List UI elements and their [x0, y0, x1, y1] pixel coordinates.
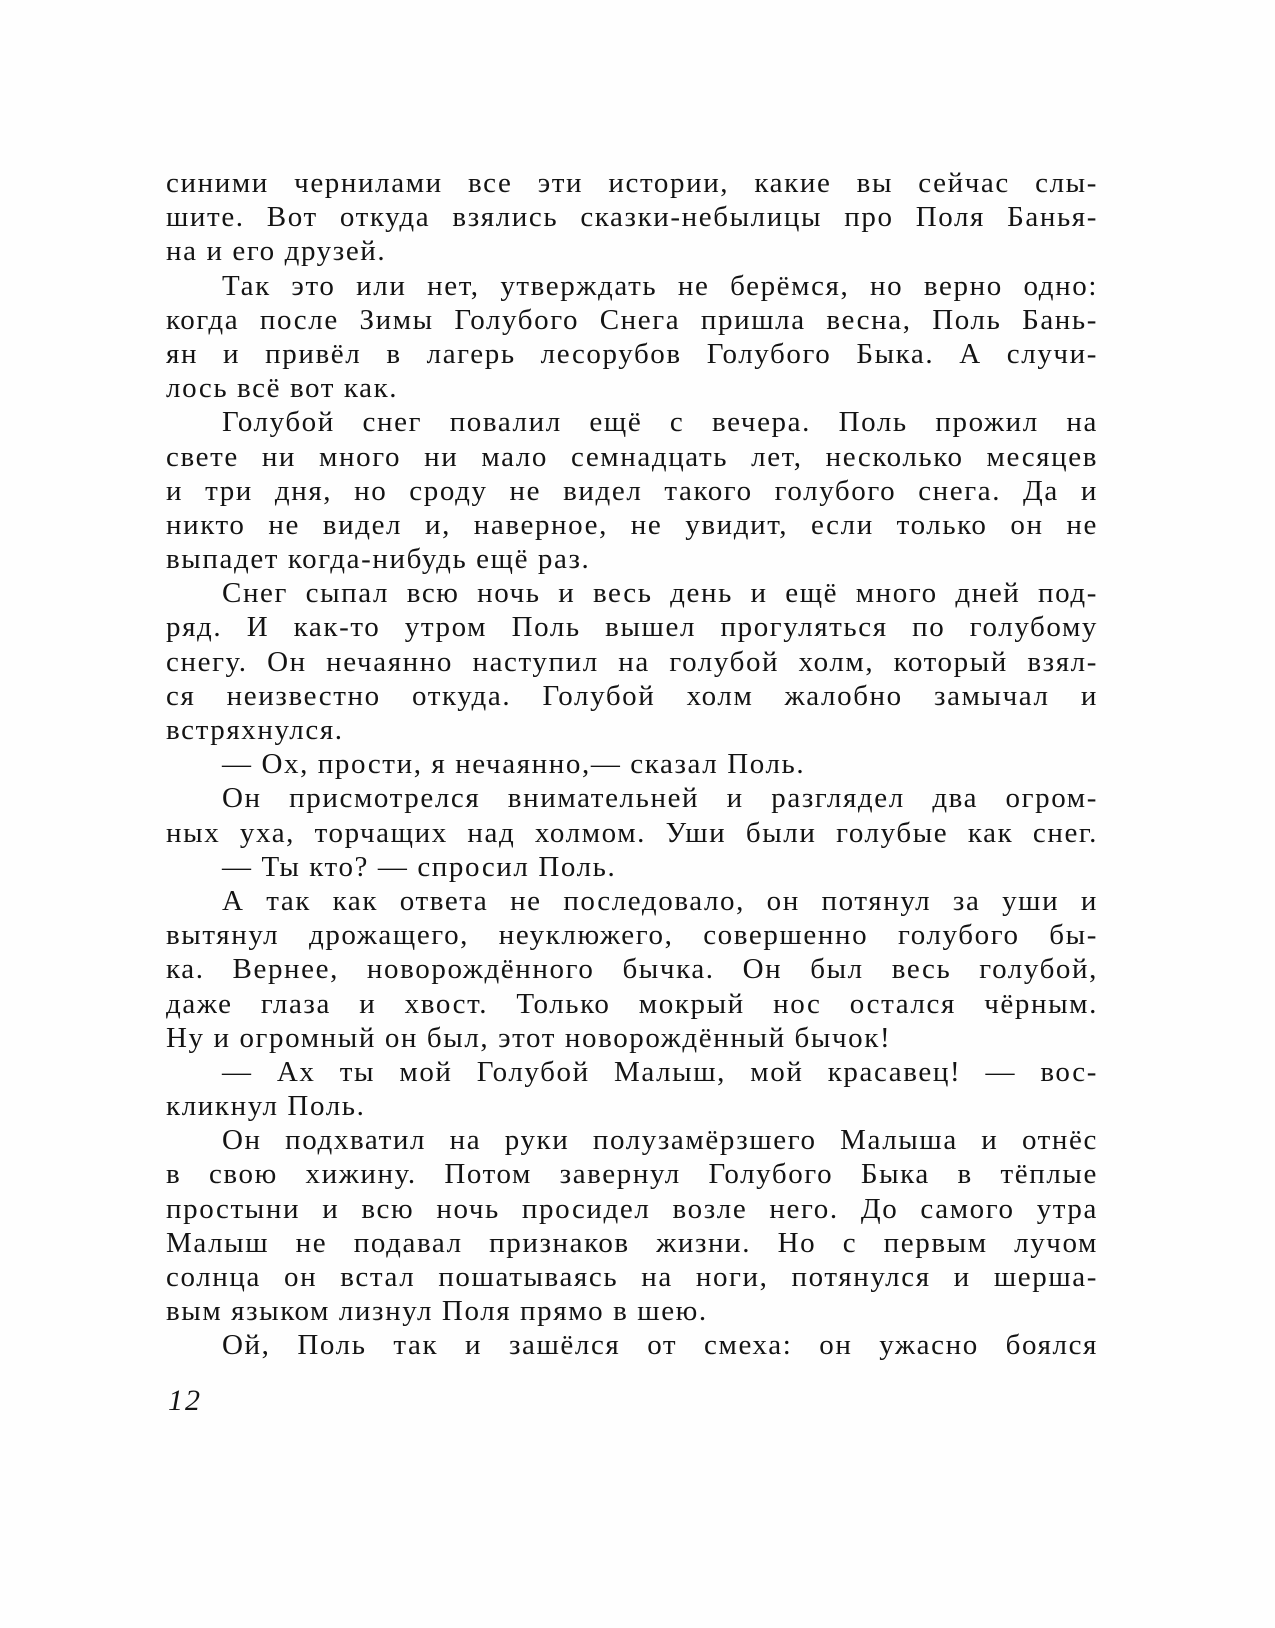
text-line: лось всё вот как.: [166, 371, 1098, 405]
text-line: когда после Зимы Голубого Снега пришла в…: [166, 303, 1098, 337]
text-line: Ну и огромный он был, этот новорождённый…: [166, 1021, 1098, 1055]
text-line: солнца он встал пошатываясь на ноги, пот…: [166, 1260, 1098, 1294]
text-line: Он подхватил на руки полузамёрзшего Малы…: [166, 1123, 1098, 1157]
body-text: синими чернилами все эти истории, какие …: [166, 166, 1098, 1363]
text-line: выпадет когда-нибудь ещё раз.: [166, 542, 1098, 576]
text-line: и три дня, но сроду не видел такого голу…: [166, 474, 1098, 508]
text-line: ных уха, торчащих над холмом. Уши были г…: [166, 816, 1098, 850]
text-line: ся неизвестно откуда. Голубой холм жалоб…: [166, 679, 1098, 713]
text-line: вым языком лизнул Поля прямо в шею.: [166, 1294, 1098, 1328]
text-line: даже глаза и хвост. Только мокрый нос ос…: [166, 987, 1098, 1021]
text-line: свете ни много ни мало семнадцать лет, н…: [166, 440, 1098, 474]
text-line: — Ах ты мой Голубой Малыш, мой красавец!…: [166, 1055, 1098, 1089]
text-line: кликнул Поль.: [166, 1089, 1098, 1123]
text-line: Так это или нет, утверждать не берёмся, …: [166, 269, 1098, 303]
text-line: простыни и всю ночь просидел возле него.…: [166, 1192, 1098, 1226]
text-line: вытянул дрожащего, неуклюжего, совершенн…: [166, 918, 1098, 952]
text-line: Снег сыпал всю ночь и весь день и ещё мн…: [166, 576, 1098, 610]
text-line: — Ты кто? — спросил Поль.: [166, 850, 1098, 884]
text-line: ряд. И как-то утром Поль вышел прогулять…: [166, 610, 1098, 644]
text-line: синими чернилами все эти истории, какие …: [166, 166, 1098, 200]
text-line: Ой, Поль так и зашёлся от смеха: он ужас…: [166, 1328, 1098, 1362]
text-line: встряхнулся.: [166, 713, 1098, 747]
text-line: Малыш не подавал признаков жизни. Но с п…: [166, 1226, 1098, 1260]
text-line: снегу. Он нечаянно наступил на голубой х…: [166, 645, 1098, 679]
text-line: Он присмотрелся внимательней и разглядел…: [166, 781, 1098, 815]
text-line: шите. Вот откуда взялись сказки-небылицы…: [166, 200, 1098, 234]
book-page: синими чернилами все эти истории, какие …: [0, 0, 1275, 1628]
text-line: в свою хижину. Потом завернул Голубого Б…: [166, 1157, 1098, 1191]
text-line: никто не видел и, наверное, не увидит, е…: [166, 508, 1098, 542]
text-line: Голубой снег повалил ещё с вечера. Поль …: [166, 405, 1098, 439]
text-line: А так как ответа не последовало, он потя…: [166, 884, 1098, 918]
text-line: ян и привёл в лагерь лесорубов Голубого …: [166, 337, 1098, 371]
text-line: на и его друзей.: [166, 234, 1098, 268]
page-number: 12: [168, 1384, 202, 1418]
text-line: — Ох, прости, я нечаянно,— сказал Поль.: [166, 747, 1098, 781]
text-line: ка. Вернее, новорождённого бычка. Он был…: [166, 952, 1098, 986]
